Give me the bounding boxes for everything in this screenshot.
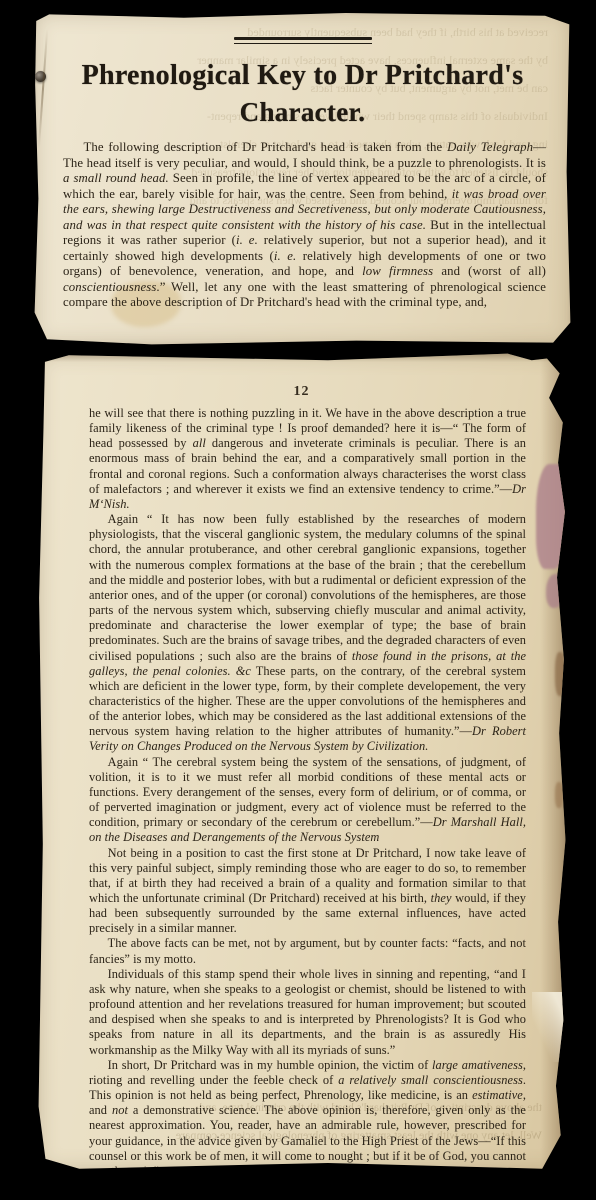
bottom-page-body: he will see that there is nothing puzzli… bbox=[89, 406, 526, 1179]
page-title-line2: Character. bbox=[63, 94, 542, 130]
paragraph: In short, Dr Pritchard was in my humble … bbox=[89, 1058, 526, 1179]
page-title-line1: Phrenological Key to Dr Pritchard's bbox=[63, 58, 542, 94]
paragraph: Again “ It has now been fully establishe… bbox=[89, 512, 526, 755]
text-run: The following description of Dr Pritchar… bbox=[83, 140, 447, 154]
italic-text-run: i. e. bbox=[236, 233, 258, 247]
italic-text-run: i. e. bbox=[274, 249, 296, 263]
text-run: In short, Dr Pritchard was in my humble … bbox=[108, 1058, 432, 1072]
page-title: Phrenological Key to Dr Pritchard's Char… bbox=[63, 58, 542, 130]
scan-background: { "scene": { "background_color": "#00000… bbox=[0, 0, 596, 1200]
paragraph: The following description of Dr Pritchar… bbox=[63, 140, 546, 311]
text-run: The above facts can be met, not by argum… bbox=[89, 936, 526, 965]
page-number: 12 bbox=[37, 352, 566, 400]
italic-text-run: estimative bbox=[472, 1088, 523, 1102]
double-rule-ornament bbox=[234, 37, 372, 44]
italic-text-run: Daily Telegraph bbox=[447, 140, 533, 154]
paragraph: Individuals of this stamp spend their wh… bbox=[89, 967, 526, 1058]
italic-text-run: all bbox=[193, 436, 206, 450]
italic-text-run: conscientiousness bbox=[63, 280, 156, 294]
text-run: and (worst of all) bbox=[433, 264, 546, 278]
scanned-page-bottom: the above description of Dr Pritchard's … bbox=[37, 352, 566, 1172]
italic-text-run: large amativeness bbox=[432, 1058, 523, 1072]
paragraph: The above facts can be met, not by argum… bbox=[89, 936, 526, 966]
text-run: Again “ It has now been fully establishe… bbox=[89, 512, 526, 662]
italic-text-run: a small round head. bbox=[63, 171, 169, 185]
paragraph: Again “ The cerebral system being the sy… bbox=[89, 755, 526, 846]
italic-text-run: they bbox=[431, 891, 452, 905]
paragraph: he will see that there is nothing puzzli… bbox=[89, 406, 526, 512]
rule-thick bbox=[234, 37, 372, 40]
italic-text-run: not bbox=[112, 1103, 128, 1117]
scanned-page-top: received at his birth, if they had been … bbox=[33, 11, 572, 346]
italic-text-run: a relatively small conscientiousness bbox=[338, 1073, 523, 1087]
text-run: a demonstrative science. The above opini… bbox=[89, 1103, 526, 1178]
italic-text-run: low firmness bbox=[362, 264, 433, 278]
rule-thin bbox=[234, 43, 372, 45]
top-page-body: The following description of Dr Pritchar… bbox=[63, 140, 546, 311]
paragraph: Not being in a position to cast the firs… bbox=[89, 846, 526, 937]
text-run: Individuals of this stamp spend their wh… bbox=[89, 967, 526, 1057]
